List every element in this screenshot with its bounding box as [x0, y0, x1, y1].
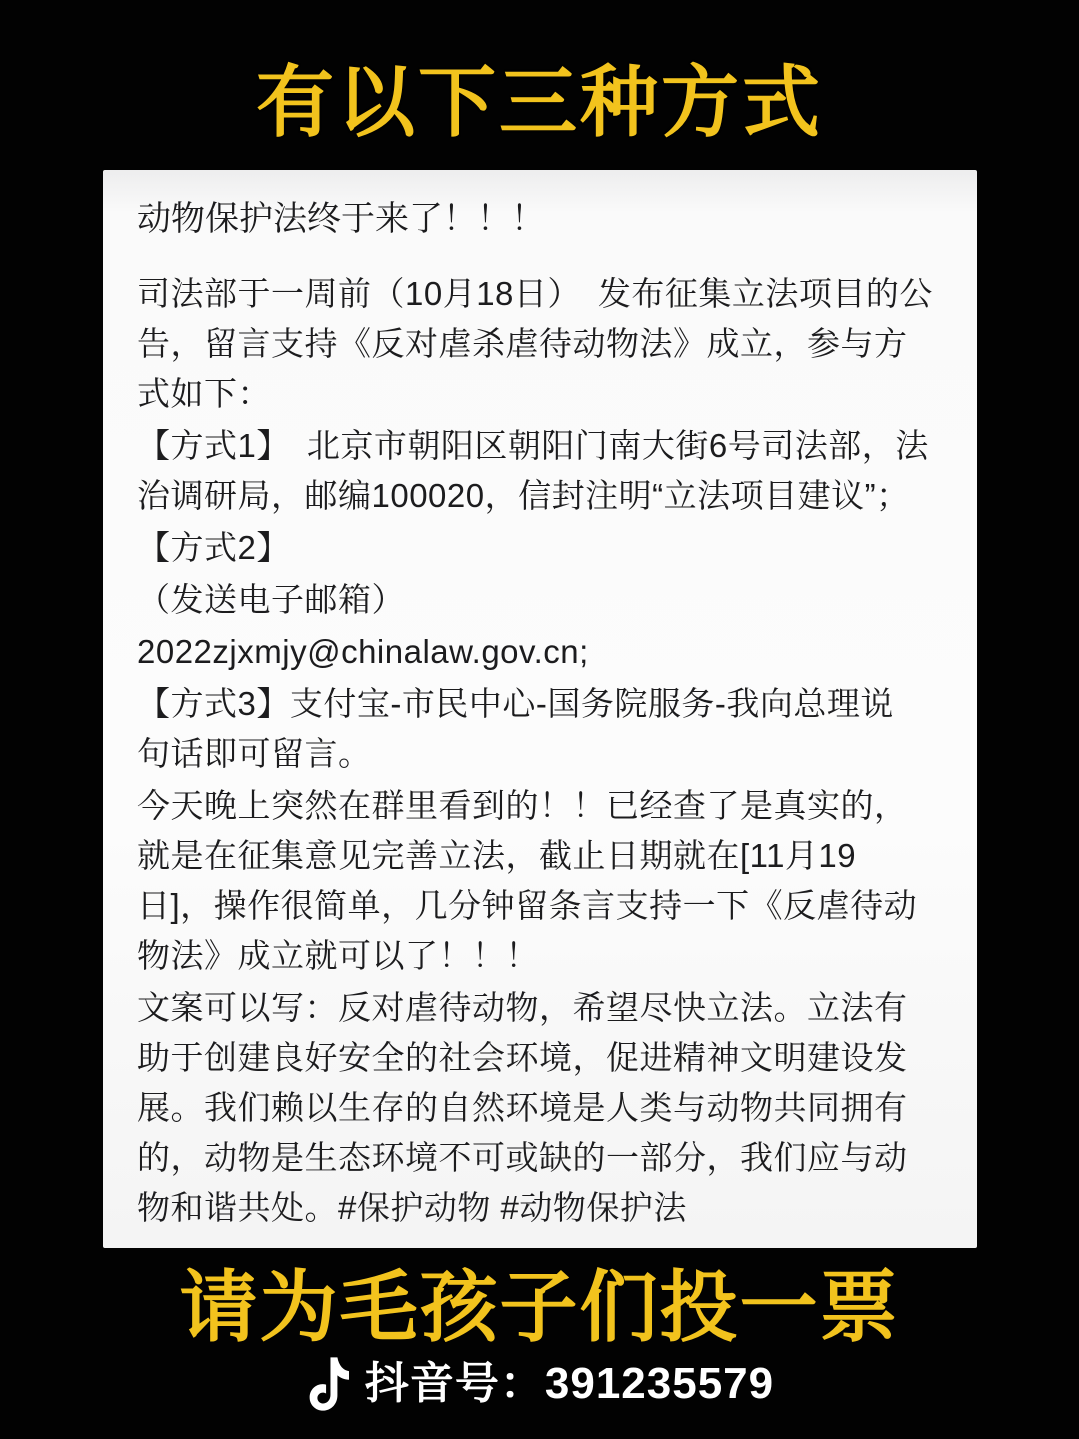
- card-paragraph-method-2: 【方式2】: [137, 523, 945, 573]
- card-paragraph-method-3: 【方式3】支付宝-市民中心-国务院服务-我向总理说 句话即可留言。: [137, 679, 945, 779]
- douyin-badge: 抖音号：391235579: [0, 1356, 1079, 1412]
- music-note-icon: [305, 1356, 349, 1412]
- douyin-id-label: 抖音号：391235579: [365, 1356, 774, 1412]
- card-paragraph-deadline: 今天晚上突然在群里看到的！！已经查了是真实的， 就是在征集意见完善立法，截止日期…: [137, 781, 945, 981]
- card-heading: 动物保护法终于来了！！！: [137, 194, 945, 244]
- card-paragraph-announcement: 司法部于一周前（10月18日） 发布征集立法项目的公 告，留言支持《反对虐杀虐待…: [137, 269, 945, 419]
- card-paragraph-email-address: 2022zjxmjy@chinalaw.gov.cn;: [137, 627, 945, 677]
- poster-background: 有以下三种方式 动物保护法终于来了！！！ 司法部于一周前（10月18日） 发布征…: [0, 0, 1079, 1439]
- content-card: 动物保护法终于来了！！！ 司法部于一周前（10月18日） 发布征集立法项目的公 …: [103, 170, 977, 1248]
- page-title: 有以下三种方式: [0, 56, 1079, 148]
- card-paragraph-suggested-copy: 文案可以写：反对虐待动物，希望尽快立法。立法有 助于创建良好安全的社会环境，促进…: [137, 983, 945, 1233]
- card-paragraph-method-1: 【方式1】 北京市朝阳区朝阳门南大街6号司法部，法 治调研局，邮编100020，…: [137, 421, 945, 521]
- card-paragraph-email-note: （发送电子邮箱）: [137, 575, 945, 625]
- footer-slogan: 请为毛孩子们投一票: [0, 1262, 1079, 1352]
